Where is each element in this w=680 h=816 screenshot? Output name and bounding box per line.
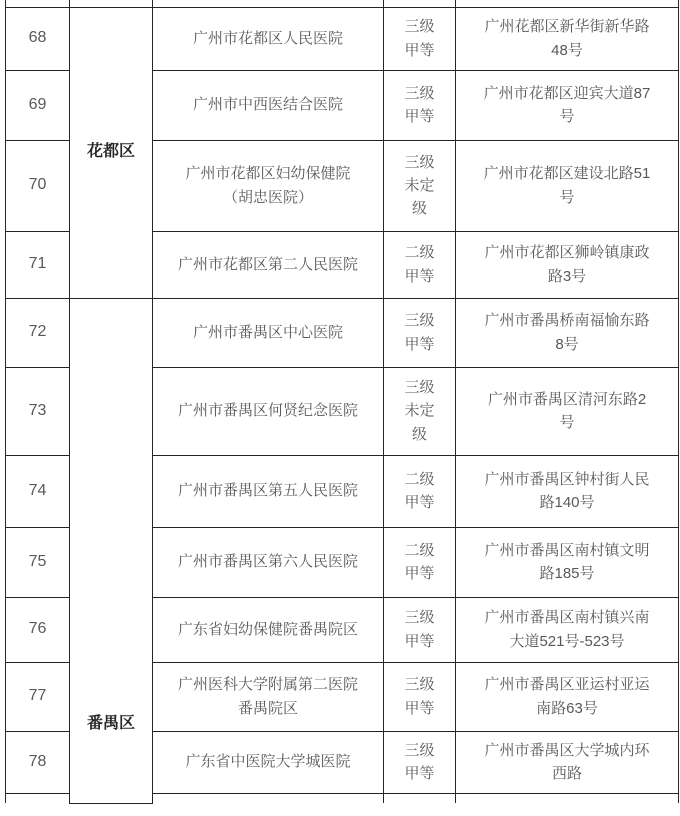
- address-cell: 广州市花都区狮岭镇康政 路3号: [456, 231, 679, 298]
- hospital-name-cell: 广州市花都区妇幼保健院 （胡忠医院）: [153, 140, 384, 231]
- grade-cell: [384, 793, 456, 803]
- hospital-name-cell: 广州市番禺区第五人民医院: [153, 455, 384, 527]
- grade-cell: 三级 甲等: [384, 731, 456, 793]
- hospital-name-cell: 广州市番禺区中心医院: [153, 298, 384, 367]
- grade-cell: 三级 甲等: [384, 7, 456, 70]
- row-number-cell: 70: [6, 140, 70, 231]
- address-cell: 广州市番禺区亚运村亚运 南路63号: [456, 662, 679, 731]
- row-number-cell: [6, 793, 70, 803]
- hospital-name-cell: 广州市中西医结合医院: [153, 70, 384, 140]
- row-number-cell: 76: [6, 597, 70, 662]
- table-row-partial-top: [6, 0, 679, 7]
- hospital-table: 68 花都区 广州市花都区人民医院 三级 甲等 广州花都区新华街新华路 48号 …: [5, 0, 679, 804]
- grade-cell: 三级 甲等: [384, 597, 456, 662]
- address-cell: [456, 793, 679, 803]
- address-cell: 广州市番禺区清河东路2 号: [456, 367, 679, 455]
- grade-cell: 三级 未定 级: [384, 140, 456, 231]
- hospital-name-cell: [153, 0, 384, 7]
- grade-cell: [384, 0, 456, 7]
- row-number-cell: [6, 0, 70, 7]
- document-page: 68 花都区 广州市花都区人民医院 三级 甲等 广州花都区新华街新华路 48号 …: [0, 0, 680, 816]
- address-cell: 广州市花都区建设北路51 号: [456, 140, 679, 231]
- district-label: 番禺区: [70, 713, 152, 735]
- address-cell: 广州市番禺桥南福愉东路 8号: [456, 298, 679, 367]
- row-number-cell: 69: [6, 70, 70, 140]
- hospital-name-cell: 广州市番禺区何贤纪念医院: [153, 367, 384, 455]
- hospital-name-cell: 广州市番禺区第六人民医院: [153, 527, 384, 597]
- hospital-name-cell: 广州医科大学附属第二医院 番禺院区: [153, 662, 384, 731]
- row-number-cell: 73: [6, 367, 70, 455]
- row-number-cell: 72: [6, 298, 70, 367]
- address-cell: 广州市番禺区大学城内环 西路: [456, 731, 679, 793]
- table-row: 68 花都区 广州市花都区人民医院 三级 甲等 广州花都区新华街新华路 48号: [6, 7, 679, 70]
- hospital-name-cell: [153, 793, 384, 803]
- grade-cell: 二级 甲等: [384, 231, 456, 298]
- address-cell: 广州市花都区迎宾大道87 号: [456, 70, 679, 140]
- address-cell: 广州市番禺区南村镇文明 路185号: [456, 527, 679, 597]
- address-cell: 广州市番禺区南村镇兴南 大道521号-523号: [456, 597, 679, 662]
- grade-cell: 三级 未定 级: [384, 367, 456, 455]
- district-cell-huadu: 花都区: [70, 7, 153, 298]
- table-row: 72 番禺区 广州市番禺区中心医院 三级 甲等 广州市番禺桥南福愉东路 8号: [6, 298, 679, 367]
- row-number-cell: 68: [6, 7, 70, 70]
- hospital-name-cell: 广州市花都区人民医院: [153, 7, 384, 70]
- grade-cell: 二级 甲等: [384, 455, 456, 527]
- row-number-cell: 75: [6, 527, 70, 597]
- address-cell: 广州花都区新华街新华路 48号: [456, 7, 679, 70]
- address-cell: 广州市番禺区钟村街人民 路140号: [456, 455, 679, 527]
- hospital-name-cell: 广东省妇幼保健院番禺院区: [153, 597, 384, 662]
- address-cell: [456, 0, 679, 7]
- hospital-name-cell: 广州市花都区第二人民医院: [153, 231, 384, 298]
- grade-cell: 三级 甲等: [384, 298, 456, 367]
- grade-cell: 三级 甲等: [384, 662, 456, 731]
- row-number-cell: 71: [6, 231, 70, 298]
- row-number-cell: 78: [6, 731, 70, 793]
- row-number-cell: 74: [6, 455, 70, 527]
- district-label: 花都区: [87, 143, 135, 160]
- row-number-cell: 77: [6, 662, 70, 731]
- district-cell: [70, 0, 153, 7]
- grade-cell: 三级 甲等: [384, 70, 456, 140]
- district-cell-panyu: 番禺区: [70, 298, 153, 803]
- hospital-name-cell: 广东省中医院大学城医院: [153, 731, 384, 793]
- grade-cell: 二级 甲等: [384, 527, 456, 597]
